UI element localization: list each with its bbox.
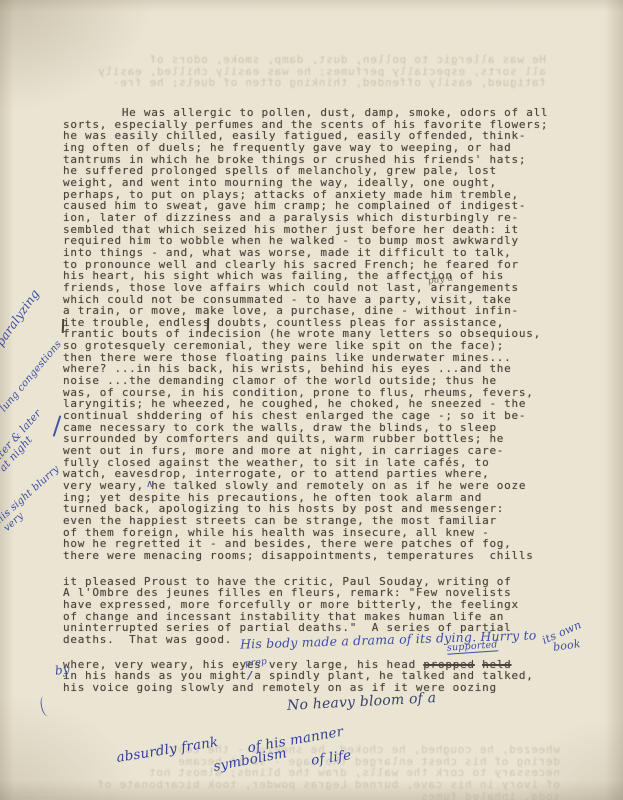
typescript-line: went out in furs, more and more at night… [63, 445, 563, 457]
bleedthrough-line: soda, inhaled fumes [60, 791, 560, 800]
margin-note-sight-blurry: his sight blurryvery [0, 464, 69, 534]
typescript-line: continual shddering of his chest enlarge… [63, 410, 563, 422]
bleedthrough-line: fatigued, easily offended, thinking ofte… [78, 77, 546, 89]
typescript-line: into things - and, what was worse, made … [63, 247, 563, 259]
typescript-line: his voice going slowly and remotely on a… [63, 682, 563, 694]
typescript-line: there were menacing rooms; disappointmen… [63, 550, 563, 562]
typescript-line: noise ...the demanding clamor of the wor… [63, 375, 563, 387]
pen-note-no-heavy-bloom: No heavy bloom of a [287, 691, 437, 713]
pen-arc-mark [39, 695, 52, 716]
typescript-page: He was allergic to pollen, dust, damp, s… [0, 0, 623, 800]
typescript-body: He was allergic to pollen, dust, damp, s… [63, 107, 563, 694]
typescript-line: very weary, he talked slowly and remotel… [63, 480, 563, 492]
para3: where, very weary, his eyes very large, … [63, 659, 563, 694]
bleedthrough-top: He was allergic to pollen, dust, damp, s… [78, 54, 546, 89]
margin-note-line: his sight blurry [0, 464, 62, 526]
typescript-line: have expressed, more forcefully or more … [63, 599, 563, 611]
typescript-line: friends, those love affairs which could … [63, 282, 563, 294]
typescript-line: weight, and went into mourning the way, … [63, 177, 563, 189]
margin-note-by: by [54, 663, 70, 677]
pen-note-book: book [552, 638, 581, 653]
typescript-line: He was allergic to pollen, dust, damp, s… [63, 107, 563, 119]
typescript-line: ion, later of dizziness and a paralysis … [63, 212, 563, 224]
margin-note-lung-congestions: lung congestions [0, 339, 64, 414]
pen-slash-mark [53, 415, 62, 437]
para1: He was allergic to pollen, dust, damp, s… [63, 107, 563, 562]
typescript-line: even the happiest streets can be strange… [63, 515, 563, 527]
margin-note-paralyzing: paralyzing [0, 287, 42, 348]
pen-caret: ∧ [146, 480, 154, 491]
typescript-line: ing often of duels; he frequently gave w… [63, 142, 563, 154]
margin-note-later-and-later: later & laterat night [0, 408, 52, 474]
bleedthrough-line: He was allergic to pollen, dust, damp, s… [78, 54, 546, 66]
